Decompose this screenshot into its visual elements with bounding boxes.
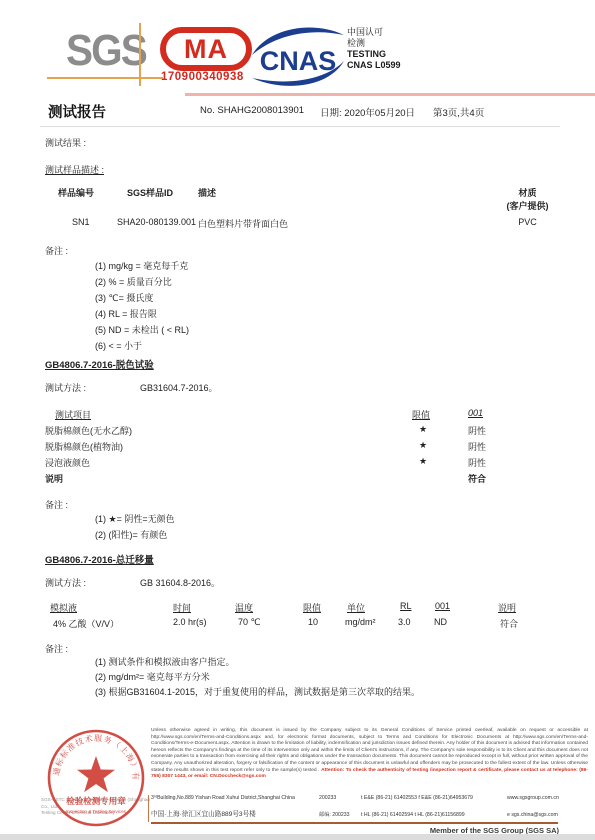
method-label-1: 测试方法 :	[45, 381, 86, 394]
inspection-stamp-icon: 通标标准技术服务（上海）有限公司 检验检测专用章 Inspection & Te…	[44, 726, 148, 830]
sample-id: SHA20-080139.001	[117, 217, 196, 227]
page-title: 测试报告	[48, 101, 106, 122]
remark-item: (5) ND = 未检出 ( < RL)	[95, 322, 189, 338]
col-header-limit: 限值	[412, 408, 430, 421]
sgs-logo-crosshair-horizontal	[47, 77, 163, 79]
col-header-simulant: 模拟液	[50, 601, 77, 614]
col-header-description: 描述	[198, 186, 216, 199]
cnas-line-cn1: 中国认可	[347, 27, 401, 38]
header-pink-rule	[185, 93, 595, 96]
website: www.sgsgroup.com.cn	[507, 795, 587, 801]
method-label-2: 测试方法 :	[45, 576, 86, 589]
page-count: 第3页,共4页	[433, 105, 484, 119]
temperature-value: 70 ℃	[238, 617, 261, 628]
footer-vertical-rule	[148, 795, 149, 822]
legal-disclaimer-text: Unless otherwise agreed in writing, this…	[151, 728, 588, 773]
test-report-page: SGS MA 170900340938 CNAS 中国认可 检测 TESTING…	[0, 0, 595, 840]
conclusion-label: 说明	[45, 472, 63, 485]
sample-sn: SN1	[72, 217, 90, 227]
stamp-star-icon	[77, 756, 115, 792]
postcode-en: 200233	[319, 795, 361, 801]
col-header-unit: 单位	[347, 601, 365, 614]
stamp-title: 检验检测专用章	[66, 796, 126, 806]
remark-item: (6) < = 小于	[95, 338, 189, 354]
migration-table: 模拟液 时间 温度 限值 单位 RL 001 说明 4% 乙酸（V/V） 2.0…	[0, 601, 595, 637]
remark-list-1: (1) mg/kg = 毫克每千克 (2) % = 质量百分比 (3) ℃= 摄…	[95, 258, 189, 354]
sample-description: 白色塑料片带背面白色	[198, 217, 288, 230]
time-value: 2.0 hr(s)	[173, 617, 207, 627]
col-header-sgs-id: SGS样品ID	[127, 186, 173, 199]
simulant-value: 4% 乙酸（V/V）	[53, 617, 119, 630]
section-heading-migration: GB4806.7-2016-总迁移量	[45, 552, 154, 566]
remark-item: (2) mg/dm²= 毫克每平方分米	[95, 670, 420, 685]
limit-star: ★	[408, 424, 438, 435]
sample-result: ND	[434, 617, 447, 627]
col-header-sample-001: 001	[468, 408, 483, 418]
test-item: 脱脂棉颜色(无水乙醇)	[45, 424, 132, 437]
col-header-rl: RL	[400, 601, 412, 611]
report-date: 日期: 2020年05月20日	[320, 105, 415, 119]
remark-item: (1) ★= 阴性=无颜色	[95, 511, 175, 527]
remark-item: (1) 测试条件和模拟液由客户指定。	[95, 655, 420, 670]
limit-value: 10	[308, 617, 318, 627]
conclusion-value: 符合	[468, 472, 486, 485]
footer-horizontal-rule	[151, 822, 558, 824]
test-item: 脱脂棉颜色(植物油)	[45, 440, 123, 453]
sample-table: 样品编号 SGS样品ID 描述 材质 (客户提供) SN1 SHA20-0801…	[0, 186, 595, 236]
col-header-sample-no: 样品编号	[58, 186, 94, 199]
col-header-conclusion: 说明	[498, 601, 516, 614]
stamp-subtitle: Inspection & Testing Services	[66, 809, 127, 814]
address-cn: 中国·上海·徐汇区宜山路889号3号楼	[151, 808, 319, 818]
sample-description-label: 测试样品描述 :	[45, 163, 104, 176]
cnas-line-number: CNAS L0599	[347, 60, 401, 71]
page-bottom-edge	[0, 834, 595, 840]
col-header-limit: 限值	[303, 601, 321, 614]
test-result: 阴性	[468, 440, 486, 453]
postcode-cn: 邮编: 200233	[319, 811, 361, 818]
remark-item: (4) RL = 报告限	[95, 306, 189, 322]
sgs-logo: SGS	[66, 26, 146, 76]
test-result: 阴性	[468, 424, 486, 437]
method-value-2: GB 31604.8-2016。	[140, 576, 220, 589]
remark-item: (2) % = 质量百分比	[95, 274, 189, 290]
remark-list-3: (1) 测试条件和模拟液由客户指定。 (2) mg/dm²= 毫克每平方分米 (…	[95, 655, 420, 700]
col-header-sample-001: 001	[435, 601, 450, 611]
address-row-cn: 中国·上海·徐汇区宜山路889号3号楼 邮编: 200233 t HL (86-…	[151, 808, 588, 821]
remark-label-2: 备注 :	[45, 498, 68, 511]
col-header-time: 时间	[173, 601, 191, 614]
results-label: 测试结果 :	[45, 136, 86, 149]
cnas-line-cn2: 检测	[347, 38, 401, 49]
cnas-accreditation-icon: CNAS	[250, 22, 346, 92]
remark-item: (1) mg/kg = 毫克每千克	[95, 258, 189, 274]
test-result: 阴性	[468, 456, 486, 469]
remark-label-1: 备注 :	[45, 244, 68, 257]
report-number: No. SHAHG2008013901	[200, 105, 304, 116]
email: e sgs.china@sgs.com	[507, 812, 587, 818]
footer-address-block: 3ʳᵈBuilding,No.889 Yishan Road Xuhui Dis…	[151, 795, 588, 821]
unit-value: mg/dm²	[345, 617, 376, 627]
decoloration-table: 测试项目 限值 001 脱脂棉颜色(无水乙醇) ★ 阴性 脱脂棉颜色(植物油) …	[0, 408, 595, 488]
col-header-material-sub: (客户提供)	[480, 199, 575, 212]
cnas-logo-label: CNAS	[260, 46, 337, 76]
col-header-material: 材质	[480, 186, 575, 199]
phones-en: t E&E (86-21) 61402553 f E&E (86-21)6495…	[361, 795, 507, 801]
remark-item: (3) 根据GB31604.1-2015，对于重复使用的样品，测试数据是第三次萃…	[95, 685, 420, 700]
sample-material: PVC	[480, 217, 575, 227]
address-row-en: 3ʳᵈBuilding,No.889 Yishan Road Xuhui Dis…	[151, 795, 588, 808]
section-heading-decoloration: GB4806.7-2016-脱色试验	[45, 357, 154, 371]
col-header-test-item: 测试项目	[55, 408, 91, 421]
limit-star: ★	[408, 440, 438, 451]
remark-label-3: 备注 :	[45, 642, 68, 655]
test-item: 浸泡液颜色	[45, 456, 90, 469]
cma-accreditation-icon: MA	[160, 27, 252, 71]
conclusion-value: 符合	[500, 617, 518, 630]
cnas-line-testing: TESTING	[347, 49, 401, 60]
remark-item: (3) ℃= 摄氏度	[95, 290, 189, 306]
cma-certificate-number: 170900340938	[161, 71, 244, 83]
legal-disclaimer-block: Unless otherwise agreed in writing, this…	[151, 728, 588, 781]
rl-value: 3.0	[398, 617, 411, 627]
phones-cn: t HL (86-21) 61402594 t HL (86-21)611568…	[361, 812, 507, 818]
cnas-text-block: 中国认可 检测 TESTING CNAS L0599	[347, 27, 401, 71]
col-header-temperature: 温度	[235, 601, 253, 614]
remark-item: (2) (阳性)= 有颜色	[95, 527, 175, 543]
remark-list-2: (1) ★= 阴性=无颜色 (2) (阳性)= 有颜色	[95, 511, 175, 543]
method-value-1: GB31604.7-2016。	[140, 381, 218, 394]
cma-logo-label: MA	[184, 34, 228, 65]
limit-star: ★	[408, 456, 438, 467]
address-en: 3ʳᵈBuilding,No.889 Yishan Road Xuhui Dis…	[151, 795, 319, 801]
title-divider	[40, 126, 560, 127]
